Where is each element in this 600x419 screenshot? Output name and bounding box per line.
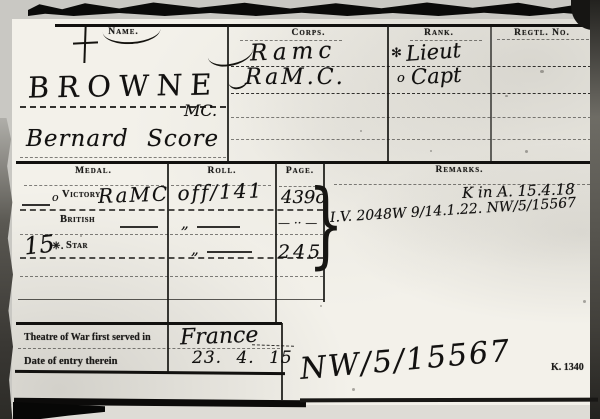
rule-line <box>20 234 323 235</box>
scan-speck <box>80 235 82 237</box>
rank-entry-row2: Capt <box>410 63 462 90</box>
theatre-label: Theatre of War first served in <box>24 332 151 343</box>
victory-mark: o <box>52 191 59 204</box>
british-medal-label: British <box>60 214 95 225</box>
scan-edge-top <box>28 1 598 16</box>
corps-entry-row1: Ramc <box>250 38 337 67</box>
rule-line <box>20 157 226 158</box>
decoration-entry: MC. <box>184 101 217 120</box>
star-prefix-entry: 15 <box>23 229 56 260</box>
pen-dash <box>120 226 158 228</box>
section-divider <box>16 161 598 164</box>
rule-line <box>20 257 323 259</box>
rule-line <box>20 209 323 211</box>
regtl-no-column-header: Regtl. No. <box>492 28 592 38</box>
scan-speck <box>505 95 508 97</box>
scan-speck <box>352 388 355 391</box>
scan-edge-right <box>590 0 600 419</box>
rank-mark-row2: o <box>397 71 405 86</box>
scan-speck <box>560 205 562 207</box>
roll-column-header: Roll. <box>169 166 275 176</box>
corps-entry-row2: RaM.C. <box>245 65 346 90</box>
pen-dash <box>197 226 240 228</box>
rank-mark-row1: ✻ <box>391 46 402 61</box>
surname-entry: BROWNE <box>27 67 220 104</box>
scan-speck <box>525 150 528 153</box>
rule-line <box>231 117 591 118</box>
medal-index-card-scan: Name. Corps. Rank. Regtl. No. BROWNE MC.… <box>0 0 600 419</box>
rule-line <box>20 276 323 277</box>
date-of-entry-label: Date of entry therein <box>24 356 117 367</box>
scan-speck <box>583 300 586 303</box>
star-roll-ditto: „ <box>191 240 199 258</box>
forenames-entry: Bernard Score <box>26 126 219 152</box>
scan-speck <box>540 70 544 73</box>
remarks-column-header: Remarks. <box>327 165 592 175</box>
date-of-entry-value: 23. 4. 15 <box>192 348 293 368</box>
pen-dash <box>207 251 252 253</box>
theatre-entry: France <box>180 323 259 351</box>
rank-entry-row1: Lieut <box>405 38 462 66</box>
rule-line <box>227 25 229 162</box>
star-medal-label: Star <box>66 240 88 251</box>
star-symbol: ✳. <box>52 241 64 252</box>
scan-speck <box>430 150 432 152</box>
pen-dash <box>22 204 50 206</box>
medal-column-header: Medal. <box>20 166 167 176</box>
rule-line <box>18 299 324 300</box>
scan-speck <box>320 305 322 307</box>
rule-line <box>231 93 591 94</box>
victory-medal-label: Victory <box>62 189 101 200</box>
corps-column-header: Corps. <box>230 28 387 38</box>
rank-column-header: Rank. <box>389 28 489 38</box>
british-roll-ditto: „ <box>181 214 189 232</box>
rule-line <box>490 27 492 162</box>
rule-line <box>231 139 591 140</box>
scan-speck <box>360 130 362 132</box>
rule-line <box>497 39 589 40</box>
